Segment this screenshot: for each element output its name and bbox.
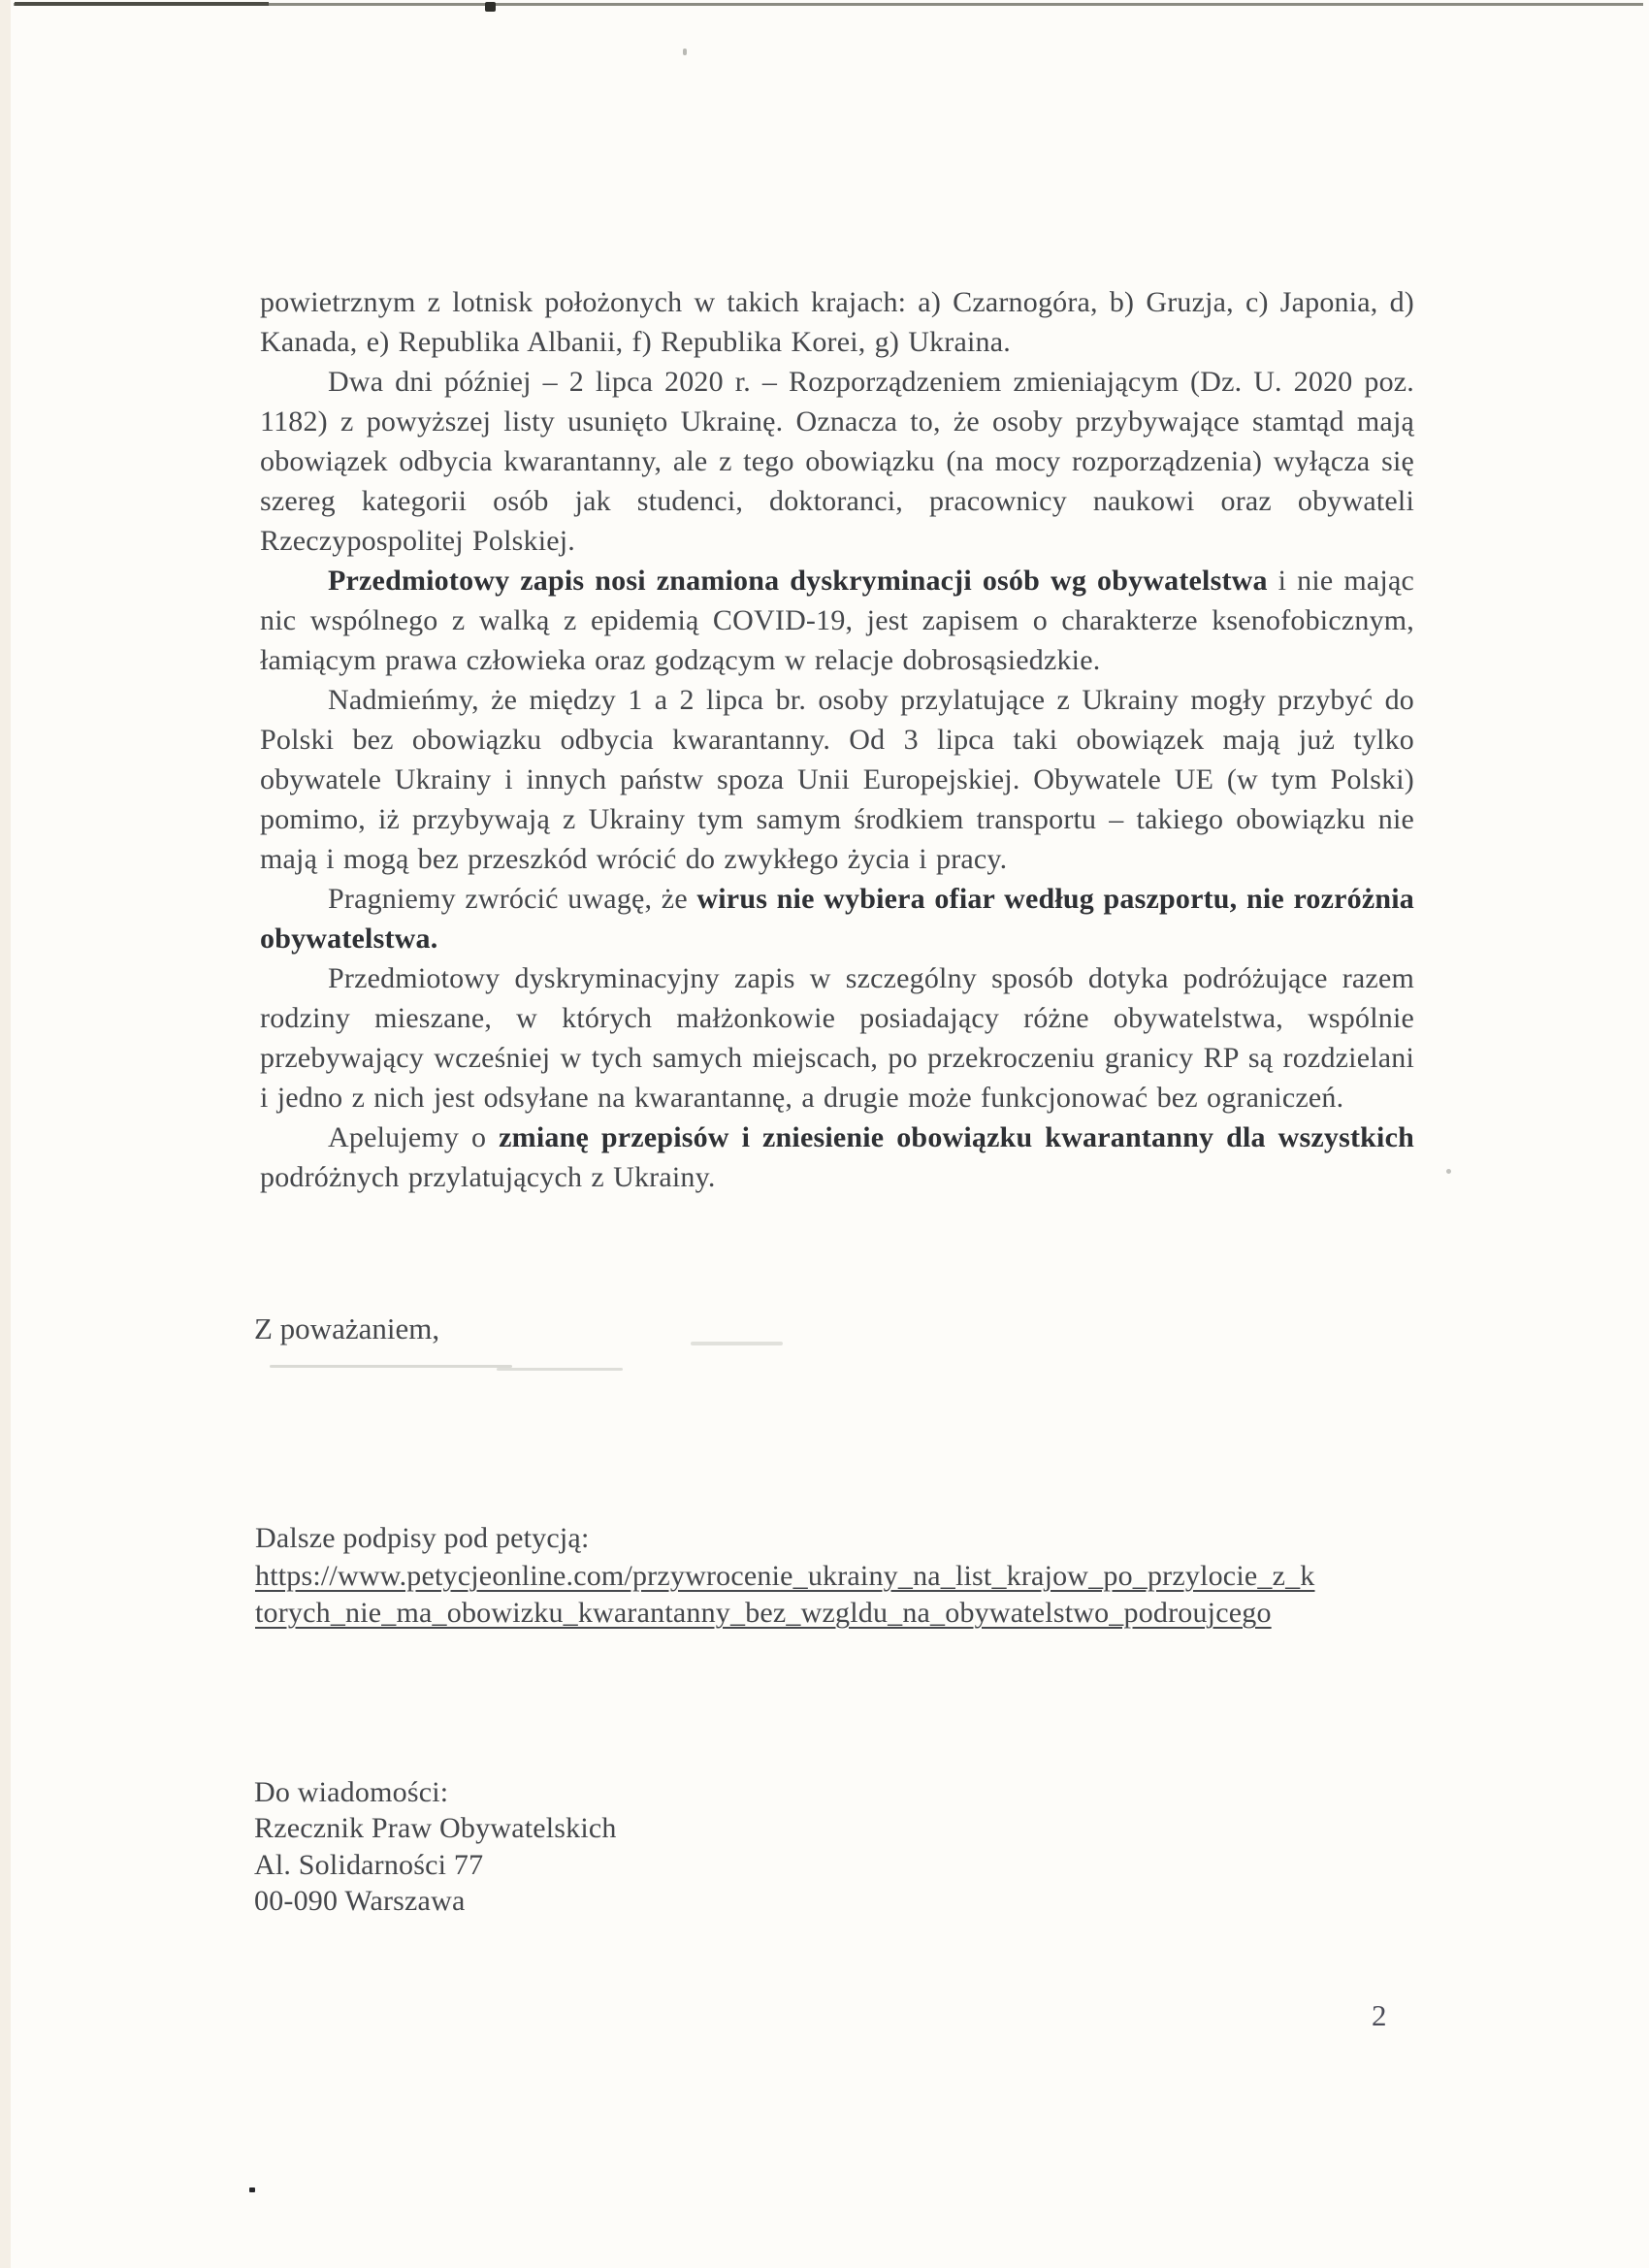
scanned-letter-page: powietrznym z lotnisk położonych w takic… <box>0 0 1649 2268</box>
letter-paragraph: Dwa dni później – 2 lipca 2020 r. – Rozp… <box>260 362 1414 561</box>
closing-line: Z poważaniem, <box>254 1312 439 1346</box>
scan-edge-strip <box>0 0 11 2268</box>
letter-paragraph: Przedmiotowy zapis nosi znamiona dyskrym… <box>260 561 1414 680</box>
cc-line-city: 00-090 Warszawa <box>254 1883 617 1919</box>
letter-paragraph: Apelujemy o zmianę przepisów i zniesieni… <box>260 1118 1414 1197</box>
text-run: Dwa dni później – 2 lipca 2020 r. – Rozp… <box>260 366 1414 557</box>
faded-signature-smudge <box>497 1368 623 1371</box>
scan-artifact-speck <box>683 49 687 55</box>
scan-artifact-speck <box>249 2187 255 2192</box>
cc-heading: Do wiadomości: <box>254 1774 617 1810</box>
bold-text-run: zmianę przepisów i zniesienie obowiązku … <box>499 1121 1414 1153</box>
page-number: 2 <box>1372 1998 1387 2033</box>
letter-paragraph: Przedmiotowy dyskryminacyjny zapis w szc… <box>260 958 1414 1118</box>
text-run: Przedmiotowy dyskryminacyjny zapis w szc… <box>260 962 1414 1114</box>
letter-paragraph: Nadmieńmy, że między 1 a 2 lipca br. oso… <box>260 680 1414 879</box>
text-run: Nadmieńmy, że między 1 a 2 lipca br. oso… <box>260 684 1414 875</box>
cc-line-street: Al. Solidarności 77 <box>254 1847 617 1883</box>
letter-paragraph: Pragniemy zwrócić uwagę, że wirus nie wy… <box>260 879 1414 958</box>
letter-paragraph: powietrznym z lotnisk położonych w takic… <box>260 282 1414 362</box>
scan-artifact-speck <box>1446 1169 1451 1174</box>
bold-text-run: Przedmiotowy zapis nosi znamiona dyskrym… <box>328 565 1268 597</box>
petition-link-line1[interactable]: https://www.petycjeonline.com/przywrocen… <box>255 1558 1419 1596</box>
petition-section: Dalsze podpisy pod petycją: https://www.… <box>255 1520 1419 1633</box>
petition-label: Dalsze podpisy pod petycją: <box>255 1520 1419 1558</box>
text-run: powietrznym z lotnisk położonych w takic… <box>260 286 1414 358</box>
petition-link-line2[interactable]: torych_nie_ma_obowizku_kwarantanny_bez_w… <box>255 1595 1419 1633</box>
cc-block: Do wiadomości: Rzecznik Praw Obywatelski… <box>254 1774 617 1920</box>
faded-signature-smudge <box>270 1365 512 1368</box>
text-run: Apelujemy o <box>328 1121 499 1153</box>
scan-top-edge-dark-segment <box>15 2 269 6</box>
scan-artifact-tick <box>485 2 496 12</box>
letter-body: powietrznym z lotnisk położonych w takic… <box>260 282 1414 1197</box>
cc-line-recipient: Rzecznik Praw Obywatelskich <box>254 1810 617 1846</box>
text-run: podróżnych przylatujących z Ukrainy. <box>260 1161 716 1193</box>
faded-signature-smudge <box>691 1342 783 1345</box>
text-run: Pragniemy zwrócić uwagę, że <box>328 883 696 915</box>
